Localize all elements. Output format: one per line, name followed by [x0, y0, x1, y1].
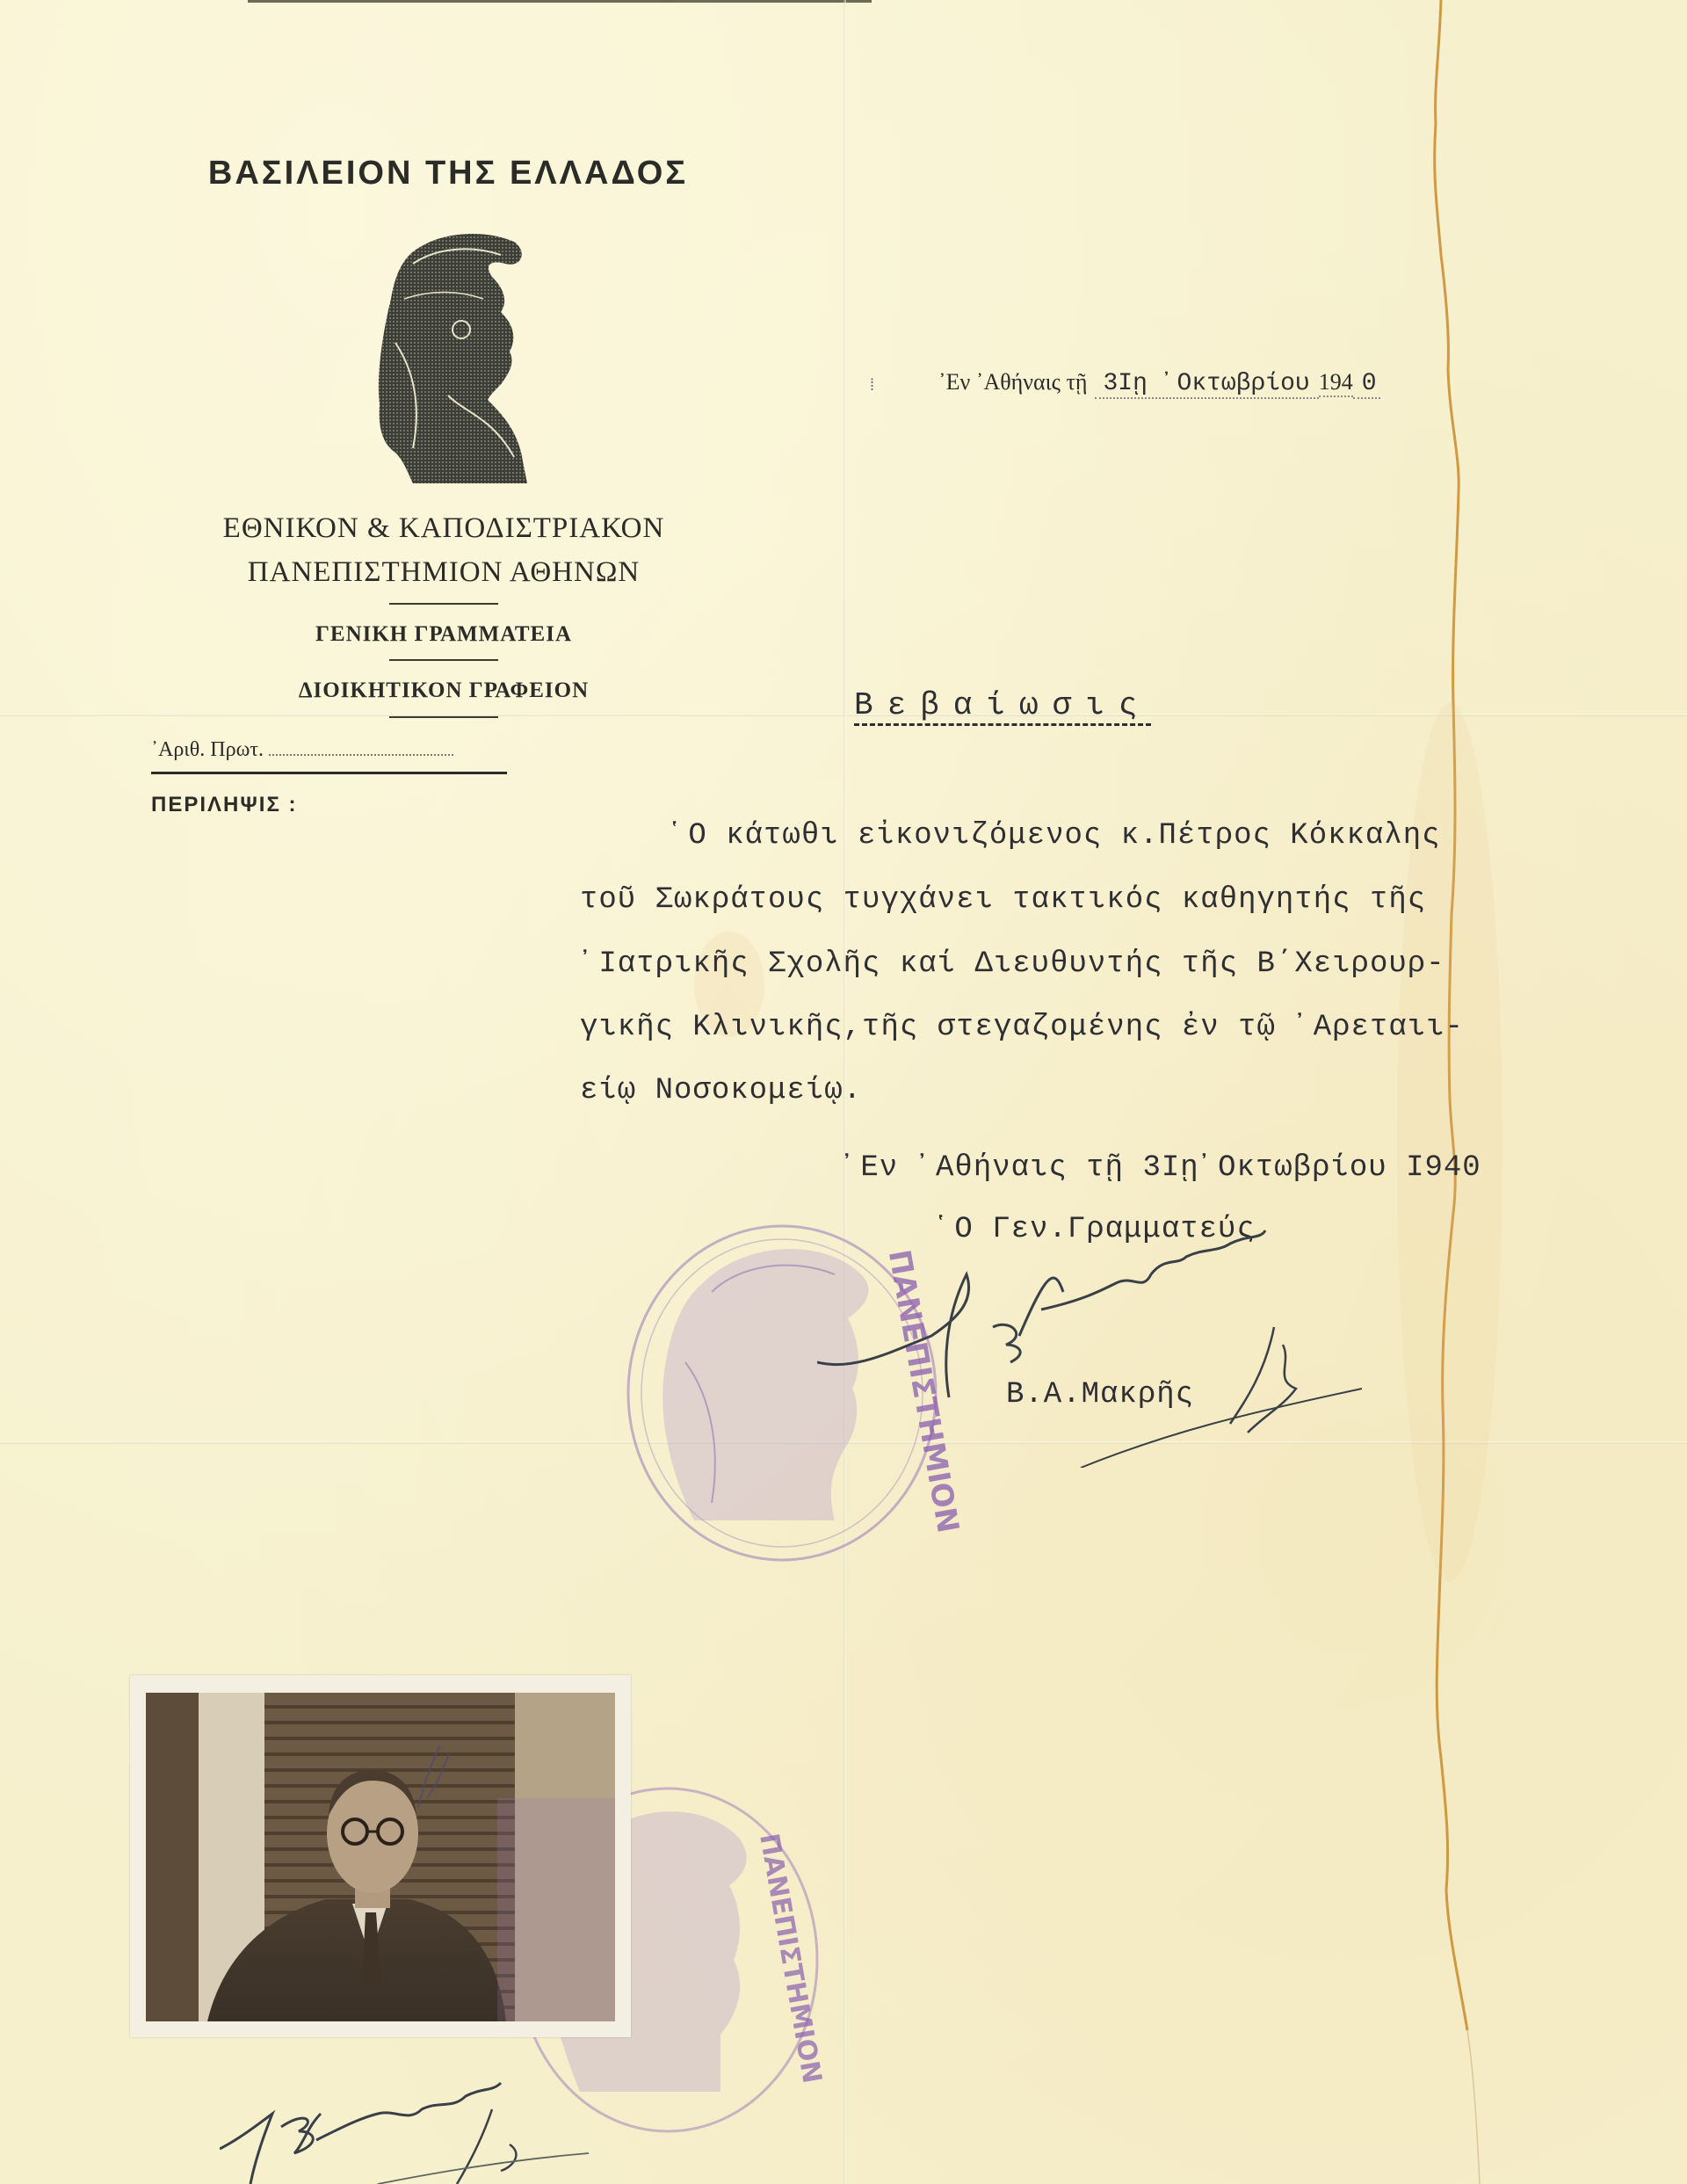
divider: [151, 772, 507, 774]
date-header: ᾿Εν ᾿Αθήναις τῇ 3Ιῃ ᾿Οκτωβρίου 194 0: [938, 369, 1380, 399]
divider: [389, 603, 498, 605]
divider: [389, 659, 498, 661]
certificate-title: Βεβαίωσις: [854, 687, 1151, 726]
margin-mark: ⁞: [870, 376, 874, 395]
body-line: είῳ Νοσοκομείῳ.: [580, 1074, 862, 1107]
id-photo: [130, 1675, 631, 2037]
signature-makris: [817, 1222, 1379, 1468]
body-line: ῾Ο κάτωθι εἰκονιζόμενος κ.Πέτρος Κόκκαλη…: [670, 819, 1441, 853]
university-name-line2: ΠΑΝΕΠΙΣΤΗΜΙΟΝ ΑΘΗΝΩΝ: [189, 556, 699, 589]
portrait-photo: [146, 1693, 615, 2021]
department-administrative-office: ΔΙΟΙΚΗΤΙΚΟΝ ΓΡΑΦΕΙΟΝ: [189, 678, 699, 703]
signatory-name: Β.Α.Μακρῆς: [1006, 1378, 1194, 1411]
protocol-number-field: ᾿Αριθ. Πρωτ.: [151, 738, 453, 762]
university-name-line1: ΕΘΝΙΚΟΝ & ΚΑΠΟΔΙΣΤΡΙΑΚΟΝ: [189, 512, 699, 545]
seal-text: ΠΑΝΕΠΙΣΤΗΜΙΟΝ: [753, 1832, 826, 2086]
department-general-secretariat: ΓΕΝΙΚΗ ΓΡΑΜΜΑΤΕΙΑ: [189, 622, 699, 647]
date-year-prefix: 194: [1319, 369, 1353, 397]
body-line: ᾿Ιατρικῆς Σχολῆς καί Διευθυντής τῆς Β΄Χε…: [580, 947, 1445, 981]
athena-emblem-icon: [360, 229, 536, 492]
body-line: γικῆς Κλινικῆς,τῆς στεγαζομένης ἐν τῷ ᾿Α…: [580, 1011, 1464, 1044]
summary-label: ΠΕΡΙΛΗΨΙΣ :: [151, 793, 298, 817]
portrait-image: [146, 1693, 615, 2021]
signature-makris-lower: [220, 2074, 589, 2184]
body-line: τοῦ Σωκράτους τυγχάνει τακτικός καθηγητή…: [580, 883, 1426, 917]
date-year-suffix: 0: [1353, 370, 1380, 399]
protocol-number-value: [269, 753, 453, 756]
place-date: ᾿Εν ᾿Αθήναις τῇ 3Ιῃ᾿Οκτωβρίου Ι940: [842, 1151, 1481, 1185]
kingdom-heading: ΒΑΣΙΛΕΙΟΝ ΤΗΣ ΕΛΛΑΔΟΣ: [163, 155, 734, 192]
divider: [389, 716, 498, 718]
protocol-number-label: ᾿Αριθ. Πρωτ.: [151, 738, 264, 762]
date-day-month: 3Ιῃ ᾿Οκτωβρίου: [1095, 370, 1319, 399]
date-prefix: ᾿Εν ᾿Αθήναις τῇ: [938, 369, 1088, 395]
